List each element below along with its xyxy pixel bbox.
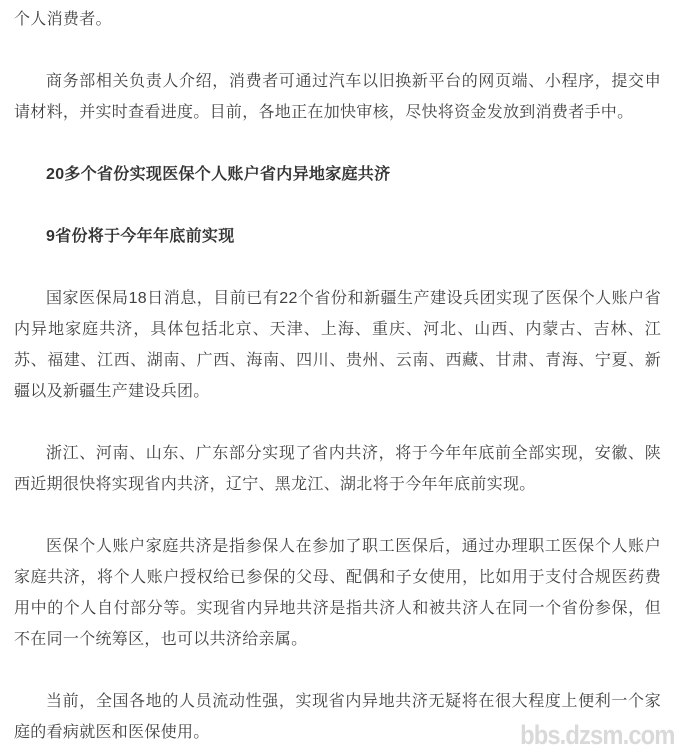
paragraph-body: 商务部相关负责人介绍，消费者可通过汽车以旧换新平台的网页端、小程序，提交申请材料… xyxy=(14,66,661,128)
section-heading: 9省份将于今年年底前实现 xyxy=(14,221,661,252)
paragraph-body: 医保个人账户家庭共济是指参保人在参加了职工医保后，通过办理职工医保个人账户家庭共… xyxy=(14,531,661,655)
paragraph-body: 当前，全国各地的人员流动性强，实现省内异地共济无疑将在很大程度上便利一个家庭的看… xyxy=(14,686,661,748)
paragraph-body: 国家医保局18日消息，目前已有22个省份和新疆生产建设兵团实现了医保个人账户省内… xyxy=(14,283,661,407)
paragraph-continuation: 个人消费者。 xyxy=(14,4,661,35)
article-page: 个人消费者。 商务部相关负责人介绍，消费者可通过汽车以旧换新平台的网页端、小程序… xyxy=(0,0,675,753)
paragraph-body: 浙江、河南、山东、广东部分实现了省内共济，将于今年年底前全部实现，安徽、陕西近期… xyxy=(14,438,661,500)
section-heading: 20多个省份实现医保个人账户省内异地家庭共济 xyxy=(14,159,661,190)
